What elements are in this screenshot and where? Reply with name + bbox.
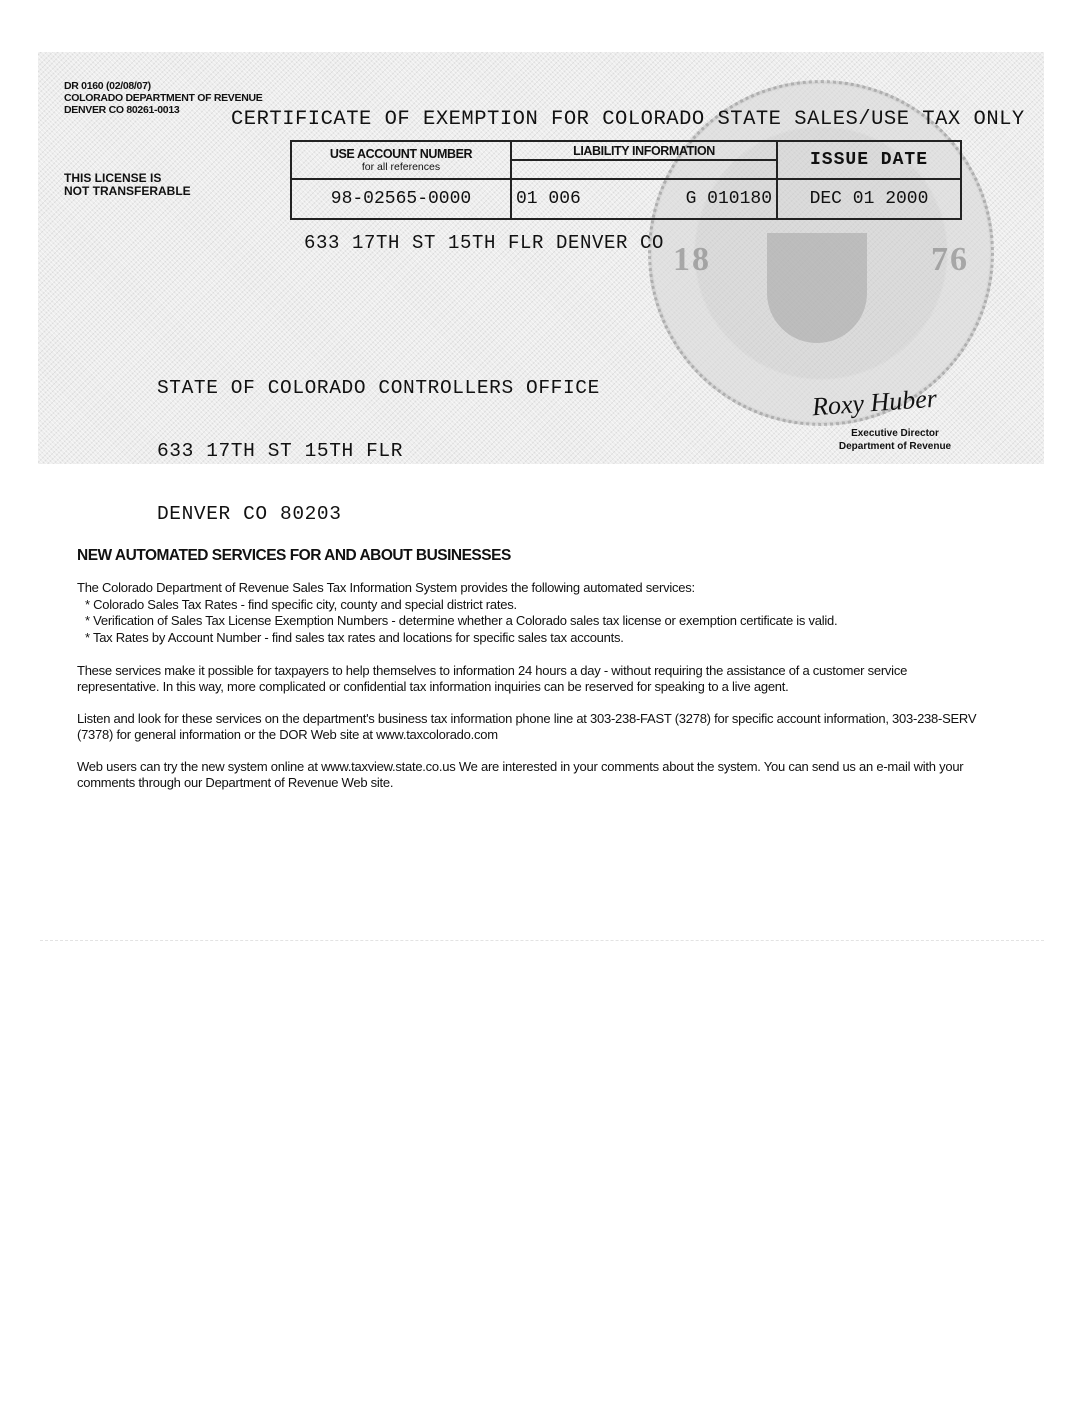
mailing-street: 633 17TH ST 15TH FLR: [157, 441, 600, 462]
non-transferable-notice: THIS LICENSE IS NOT TRANSFERABLE: [64, 172, 191, 198]
mailing-city: DENVER CO 80203: [157, 504, 600, 525]
form-number: DR 0160 (02/08/07): [64, 80, 262, 92]
signer-title: Executive Director: [820, 427, 970, 440]
service-item: Verification of Sales Tax License Exempt…: [77, 613, 977, 629]
mailing-address: STATE OF COLORADO CONTROLLERS OFFICE 633…: [157, 336, 600, 546]
section-heading: NEW AUTOMATED SERVICES FOR AND ABOUT BUS…: [77, 548, 977, 564]
services-list: Colorado Sales Tax Rates - find specific…: [77, 597, 977, 646]
issue-date: DEC 01 2000: [777, 179, 961, 219]
scan-artifact-line: [40, 940, 1044, 942]
service-item: Colorado Sales Tax Rates - find specific…: [77, 597, 977, 613]
certificate-title: CERTIFICATE OF EXEMPTION FOR COLORADO ST…: [231, 108, 1025, 131]
notice-line-2: NOT TRANSFERABLE: [64, 185, 191, 198]
signer-department: Department of Revenue: [820, 440, 970, 453]
liability-information: 01 006 G 010180: [511, 179, 777, 219]
phone-and-web-paragraph: Listen and look for these services on th…: [77, 711, 977, 744]
department-seal: 18 76: [648, 80, 994, 426]
liability-id: G 010180: [686, 189, 772, 209]
signer-block: Executive Director Department of Revenue: [820, 427, 970, 453]
intro-text: The Colorado Department of Revenue Sales…: [77, 580, 977, 596]
header-issue-date: ISSUE DATE: [777, 141, 961, 179]
automated-services-section: NEW AUTOMATED SERVICES FOR AND ABOUT BUS…: [77, 548, 977, 806]
agency-name: COLORADO DEPARTMENT OF REVENUE: [64, 92, 262, 104]
service-item: Tax Rates by Account Number - find sales…: [77, 630, 977, 646]
liability-code: 01 006: [516, 189, 581, 209]
web-users-paragraph: Web users can try the new system online …: [77, 759, 977, 792]
seal-shield-icon: [767, 233, 867, 343]
seal-year-right: 76: [931, 241, 969, 279]
seal-year-left: 18: [673, 241, 711, 279]
mailing-name: STATE OF COLORADO CONTROLLERS OFFICE: [157, 378, 600, 399]
license-info-table: USE ACCOUNT NUMBER for all references LI…: [290, 140, 962, 220]
services-benefit-paragraph: These services make it possible for taxp…: [77, 663, 977, 696]
header-liability-information: LIABILITY INFORMATION: [511, 141, 777, 179]
account-number: 98-02565-0000: [291, 179, 511, 219]
location-address: 633 17TH ST 15TH FLR DENVER CO: [304, 232, 664, 254]
header-use-account-number: USE ACCOUNT NUMBER for all references: [291, 141, 511, 179]
